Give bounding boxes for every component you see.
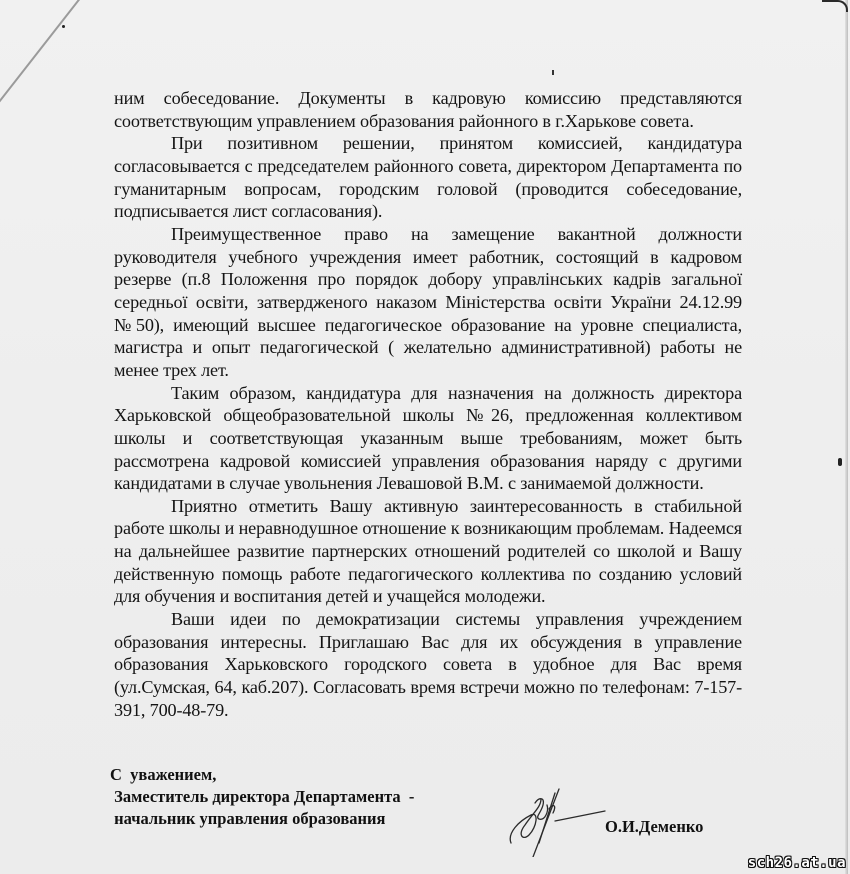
letter-body: ним собеседование. Документы в кадровую … bbox=[114, 87, 742, 721]
paragraph-priority-right: Преимущественное право на замещение вака… bbox=[114, 223, 742, 382]
paragraph-approval-procedure: При позитивном решении, принятом комисси… bbox=[114, 132, 742, 223]
scan-speck bbox=[838, 458, 842, 466]
signer-position-line1: Заместитель директора Департамента - bbox=[110, 786, 414, 808]
scan-artifact-dot bbox=[62, 25, 65, 28]
scan-artifact-line bbox=[0, 0, 80, 110]
closing-block: С уважением, Заместитель директора Депар… bbox=[110, 764, 414, 830]
signer-position-line2: начальник управления образования bbox=[110, 808, 414, 830]
salutation: С уважением, bbox=[110, 764, 414, 786]
page-corner-fold bbox=[822, 0, 848, 12]
page-edge-shadow bbox=[845, 0, 848, 874]
scan-speck bbox=[552, 70, 554, 75]
scanned-letter-page: ним собеседование. Документы в кадровую … bbox=[0, 0, 850, 874]
site-watermark: sch26.at.ua bbox=[748, 855, 846, 871]
paragraph-candidacy: Таким образом, кандидатура для назначени… bbox=[114, 382, 742, 495]
paragraph-continuation: ним собеседование. Документы в кадровую … bbox=[114, 87, 742, 132]
paragraph-invitation: Ваши идеи по демократизации системы упра… bbox=[114, 608, 742, 721]
signer-name: О.И.Деменко bbox=[605, 817, 703, 837]
paragraph-appreciation: Приятно отметить Вашу активную заинтерес… bbox=[114, 495, 742, 608]
handwritten-signature-icon bbox=[505, 785, 615, 857]
